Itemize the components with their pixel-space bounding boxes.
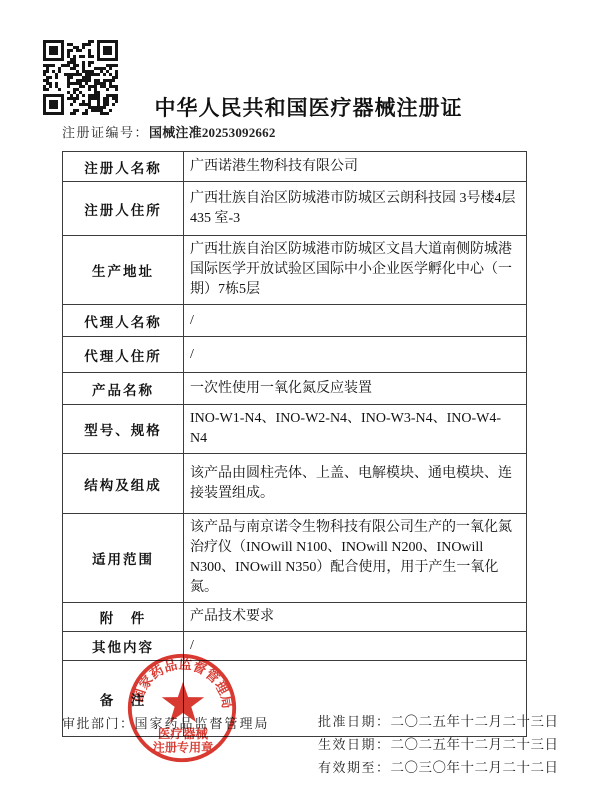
stamp-line2: 注册专用章 [153,740,213,755]
table-row-model-spec: 型号、规格 INO-W1-N4、INO-W2-N4、INO-W3-N4、INO-… [63,405,526,454]
table-row-intended-use: 适用范围 该产品与南京诺令生物科技有限公司生产的一氧化氮治疗仪（INOwill … [63,514,526,603]
star-icon [162,682,204,722]
row-value: 广西壮族自治区防城港市防城区云朗科技园 3号楼4层435 室-3 [184,182,526,235]
row-label: 产品名称 [63,373,184,404]
date-block: 批准日期：二〇二五年十二月二十三日 生效日期：二〇二五年十二月二十三日 有效期至… [318,710,559,779]
row-label: 注册人名称 [63,152,184,181]
row-value: 一次性使用一氧化氮反应装置 [184,373,526,404]
table-row-product-name: 产品名称 一次性使用一氧化氮反应装置 [63,373,526,405]
table-row-attachment: 附 件 产品技术要求 [63,603,526,632]
row-label: 适用范围 [63,514,184,602]
effective-date-value: 二〇二五年十二月二十三日 [391,737,559,752]
row-value: 产品技术要求 [184,603,526,631]
registration-number-label: 注册证编号： [62,125,149,140]
row-value: / [184,337,526,372]
row-label: 结构及组成 [63,454,184,513]
expiry-date-label: 有效期至： [318,760,391,775]
expiry-date-line: 有效期至：二〇三〇年十二月二十二日 [318,756,559,779]
row-value: 广西壮族自治区防城港市防城区文昌大道南侧防城港国际医学开放试验区国际中小企业医学… [184,236,526,304]
official-stamp: 国家药品监督管理局 医疗器械 注册专用章 [124,650,240,766]
row-value: 该产品由圆柱壳体、上盖、电解模块、通电模块、连接装置组成。 [184,454,526,513]
row-value: 该产品与南京诺令生物科技有限公司生产的一氧化氮治疗仪（INOwill N100、… [184,514,526,602]
approval-date-line: 批准日期：二〇二五年十二月二十三日 [318,710,559,733]
row-label: 代理人名称 [63,305,184,336]
row-label: 附 件 [63,603,184,631]
row-label: 生产地址 [63,236,184,304]
certificate-page: 中华人民共和国医疗器械注册证 注册证编号：国械注准20253092662 注册人… [0,0,591,809]
registration-number-value: 国械注准20253092662 [149,125,276,140]
row-label: 注册人住所 [63,182,184,235]
effective-date-line: 生效日期：二〇二五年十二月二十三日 [318,733,559,756]
table-row-registrant-name: 注册人名称 广西诺港生物科技有限公司 [63,152,526,182]
table-row-registrant-address: 注册人住所 广西壮族自治区防城港市防城区云朗科技园 3号楼4层435 室-3 [63,182,526,236]
certificate-title: 中华人民共和国医疗器械注册证 [0,92,591,122]
stamp-line1: 医疗器械 [158,726,209,741]
table-row-agent-address: 代理人住所 / [63,337,526,373]
table-row-structure: 结构及组成 该产品由圆柱壳体、上盖、电解模块、通电模块、连接装置组成。 [63,454,526,514]
row-label: 代理人住所 [63,337,184,372]
expiry-date-value: 二〇三〇年十二月二十二日 [391,760,559,775]
effective-date-label: 生效日期： [318,737,391,752]
approval-date-label: 批准日期： [318,714,391,729]
approval-date-value: 二〇二五年十二月二十三日 [391,714,559,729]
row-label: 型号、规格 [63,405,184,453]
row-value: / [184,305,526,336]
table-row-production-address: 生产地址 广西壮族自治区防城港市防城区文昌大道南侧防城港国际医学开放试验区国际中… [63,236,526,305]
row-value: INO-W1-N4、INO-W2-N4、INO-W3-N4、INO-W4-N4 [184,405,526,453]
row-value: 广西诺港生物科技有限公司 [184,152,526,181]
registration-number-line: 注册证编号：国械注准20253092662 [62,122,276,141]
table-row-agent-name: 代理人名称 / [63,305,526,337]
